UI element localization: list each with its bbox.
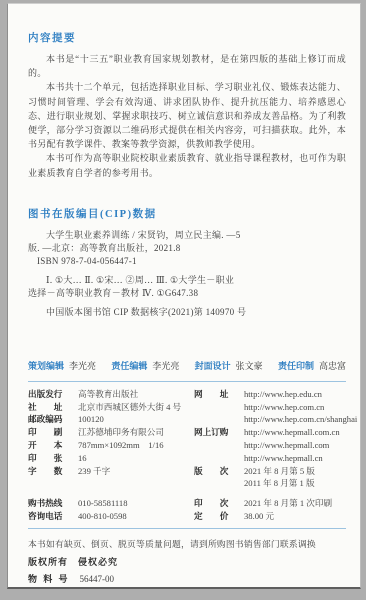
colophon-label bbox=[194, 413, 240, 426]
summary-paragraph: 本书共十二个单元，包括选择职业目标、学习职业礼仪、锻炼表达能力、习惯时间管理、学… bbox=[28, 80, 346, 151]
cip-record: 大学生职业素养训练 / 宋贤钧，周立民主编. —5 版. —北京：高等教育出版社… bbox=[28, 229, 346, 319]
colophon-label: 印 张 bbox=[28, 452, 74, 465]
divider-rule bbox=[28, 381, 346, 382]
cip-line: 版. —北京：高等教育出版社，2021.8 bbox=[28, 242, 346, 255]
credit-name: 李光亮 bbox=[152, 361, 179, 371]
colophon-value: 100120 bbox=[78, 413, 190, 426]
colophon-value: http://www.hepmall.com.cn bbox=[244, 426, 346, 439]
material-number-value: 56447-00 bbox=[80, 574, 115, 584]
colophon-value: http://www.hep.com.cn/shanghai bbox=[244, 413, 357, 426]
colophon-row: 2011 年 8 月第 1 版 bbox=[28, 477, 346, 490]
summary-paragraph: 本书是“十三五”职业教育国家规划教材，是在第四版的基础上修订而成的。 bbox=[28, 52, 346, 80]
colophon-row: 邮政编码 100120 http://www.hep.com.cn/shangh… bbox=[28, 413, 346, 426]
colophon-label bbox=[28, 477, 74, 490]
cip-line: Ⅰ. ①大… Ⅱ. ①宋… ②周… Ⅲ. ①大学生－职业 bbox=[28, 274, 346, 287]
cip-title: 图书在版编目(CIP)数据 bbox=[28, 206, 346, 221]
colophon-value: http://www.hep.com.cn bbox=[244, 401, 346, 414]
colophon-label bbox=[194, 452, 240, 465]
colophon-table: 出版发行 高等教育出版社 网 址 http://www.hep.edu.cn 社… bbox=[28, 388, 346, 523]
colophon-value: http://www.hepmall.com bbox=[244, 439, 346, 452]
colophon-value: 2021 年 8 月第 1 次印刷 bbox=[244, 497, 346, 510]
colophon-value bbox=[78, 477, 190, 490]
colophon-label: 邮政编码 bbox=[28, 413, 74, 426]
cip-section: 图书在版编目(CIP)数据 大学生职业素养训练 / 宋贤钧，周立民主编. —5 … bbox=[28, 206, 346, 319]
colophon-row: 社 址 北京市西城区德外大街 4 号 http://www.hep.com.cn bbox=[28, 401, 346, 414]
colophon-row: 开 本 787mm×1092mm 1/16 http://www.hepmall… bbox=[28, 439, 346, 452]
credit-label: 封面设计 bbox=[195, 361, 231, 371]
colophon-label: 版 次 bbox=[194, 465, 240, 478]
summary-paragraph: 本书可作为高等职业院校职业素质教育、就业指导课程教材，也可作为职业素质教育自学者… bbox=[28, 151, 346, 179]
colophon-value: http://www.hep.edu.cn bbox=[244, 388, 346, 401]
colophon-label: 咨询电话 bbox=[28, 510, 74, 523]
colophon-value: http://www.hepmall.cn bbox=[244, 452, 346, 465]
credit-label: 责任印制 bbox=[278, 361, 314, 371]
colophon-value: 江苏德埔印务有限公司 bbox=[78, 426, 190, 439]
summary-title: 内容提要 bbox=[28, 30, 346, 45]
colophon-label: 开 本 bbox=[28, 439, 74, 452]
colophon-label: 社 址 bbox=[28, 401, 74, 414]
credit-print-supervisor: 责任印制高忠富 bbox=[278, 359, 346, 372]
credit-label: 责任编辑 bbox=[111, 361, 147, 371]
cip-line: 选择－高等职业教育－教材 Ⅳ. ①G647.38 bbox=[28, 287, 346, 300]
colophon-label bbox=[194, 401, 240, 414]
colophon-value: 38.00 元 bbox=[244, 510, 346, 523]
colophon-value: 2011 年 8 月第 1 版 bbox=[244, 477, 346, 490]
colophon-value: 2021 年 8 月第 5 版 bbox=[244, 465, 346, 478]
credit-name: 高忠富 bbox=[319, 361, 346, 371]
colophon-label: 字 数 bbox=[28, 465, 74, 478]
copyright-statement: 版权所有 侵权必究 bbox=[28, 555, 346, 568]
credits-row: 策划编辑李光亮 责任编辑李光亮 封面设计张文豪 责任印制高忠富 bbox=[28, 359, 346, 372]
colophon-label bbox=[194, 439, 240, 452]
credit-cover-designer: 封面设计张文豪 bbox=[195, 359, 263, 372]
copyright-page: 内容提要 本书是“十三五”职业教育国家规划教材，是在第四版的基础上修订而成的。 … bbox=[7, 3, 361, 589]
divider-rule bbox=[28, 528, 346, 529]
colophon-label: 印 次 bbox=[194, 497, 240, 510]
colophon-row: 印 刷 江苏德埔印务有限公司 网上订购 http://www.hepmall.c… bbox=[28, 426, 346, 439]
colophon-row: 购书热线 010-58581118 印 次 2021 年 8 月第 1 次印刷 bbox=[28, 497, 346, 510]
credit-planning-editor: 策划编辑李光亮 bbox=[28, 359, 96, 372]
colophon-label: 网上订购 bbox=[194, 426, 240, 439]
colophon-label bbox=[194, 477, 240, 490]
cip-line: ISBN 978-7-04-056447-1 bbox=[28, 255, 346, 268]
colophon-row: 咨询电话 400-810-0598 定 价 38.00 元 bbox=[28, 510, 346, 523]
colophon-label: 出版发行 bbox=[28, 388, 74, 401]
colophon-row: 字 数 239 千字 版 次 2021 年 8 月第 5 版 bbox=[28, 465, 346, 478]
colophon-label: 网 址 bbox=[194, 388, 240, 401]
colophon-label: 定 价 bbox=[194, 510, 240, 523]
colophon-value: 16 bbox=[78, 452, 190, 465]
credit-responsible-editor: 责任编辑李光亮 bbox=[111, 359, 179, 372]
colophon-label: 印 刷 bbox=[28, 426, 74, 439]
colophon-value: 400-810-0598 bbox=[78, 510, 190, 523]
credit-name: 李光亮 bbox=[69, 361, 96, 371]
material-number-label: 物 料 号 bbox=[28, 574, 70, 584]
colophon-row: 印 张 16 http://www.hepmall.cn bbox=[28, 452, 346, 465]
colophon-value: 239 千字 bbox=[78, 465, 190, 478]
quality-notice: 本书如有缺页、倒页、脱页等质量问题，请到所购图书销售部门联系调换 bbox=[28, 537, 346, 550]
colophon-value: 787mm×1092mm 1/16 bbox=[78, 439, 190, 452]
colophon-label: 购书热线 bbox=[28, 497, 74, 510]
colophon-value: 010-58581118 bbox=[78, 497, 190, 510]
colophon-row: 出版发行 高等教育出版社 网 址 http://www.hep.edu.cn bbox=[28, 388, 346, 401]
cip-line: 中国版本图书馆 CIP 数据核字(2021)第 140970 号 bbox=[28, 306, 346, 319]
credit-label: 策划编辑 bbox=[28, 361, 64, 371]
material-number: 物 料 号56447-00 bbox=[28, 572, 346, 585]
cip-line: 大学生职业素养训练 / 宋贤钧，周立民主编. —5 bbox=[28, 229, 346, 242]
colophon-value: 高等教育出版社 bbox=[78, 388, 190, 401]
credit-name: 张文豪 bbox=[236, 361, 263, 371]
colophon-value: 北京市西城区德外大街 4 号 bbox=[78, 401, 190, 414]
summary-section: 内容提要 本书是“十三五”职业教育国家规划教材，是在第四版的基础上修订而成的。 … bbox=[28, 30, 346, 180]
